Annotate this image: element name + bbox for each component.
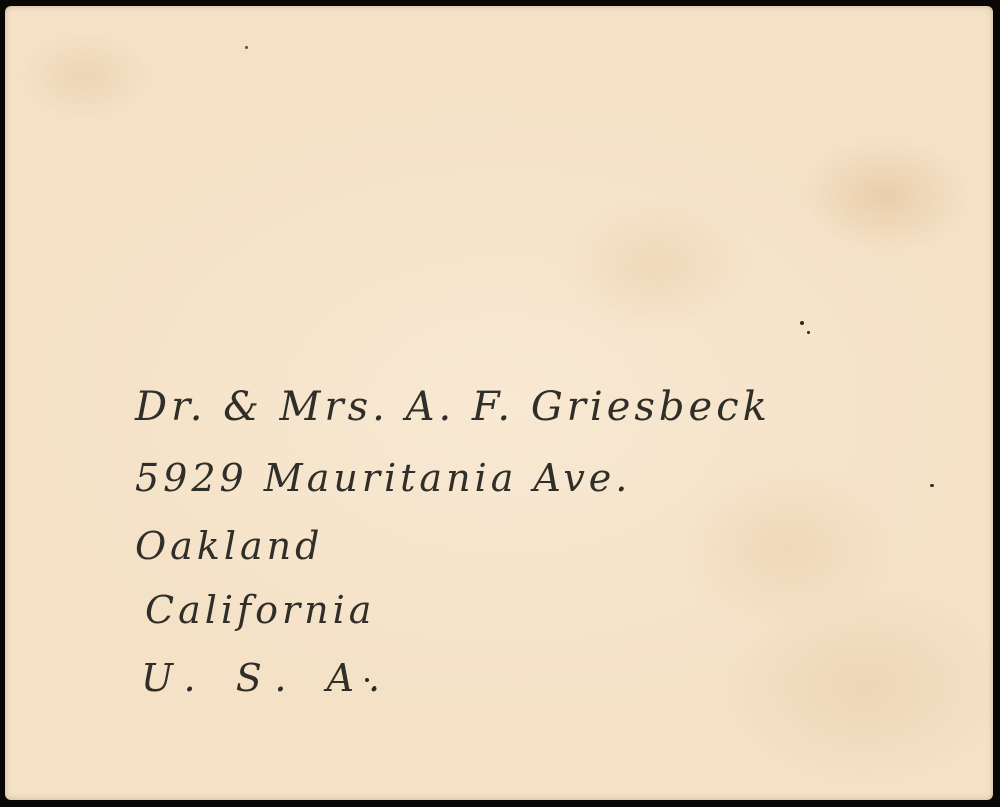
ink-speck (930, 484, 934, 487)
country: U. S. A. (141, 656, 394, 700)
city: Oakland (135, 524, 323, 568)
recipient-name: Dr. & Mrs. A. F. Griesbeck (135, 384, 771, 430)
ink-speck (373, 686, 376, 689)
street-address: 5929 Mauritania Ave. (135, 456, 631, 500)
ink-speck (807, 331, 810, 334)
state: California (145, 588, 375, 632)
envelope: Dr. & Mrs. A. F. Griesbeck 5929 Mauritan… (5, 6, 993, 800)
ink-speck (800, 321, 804, 325)
ink-speck (245, 46, 248, 49)
ink-speck (365, 678, 369, 682)
